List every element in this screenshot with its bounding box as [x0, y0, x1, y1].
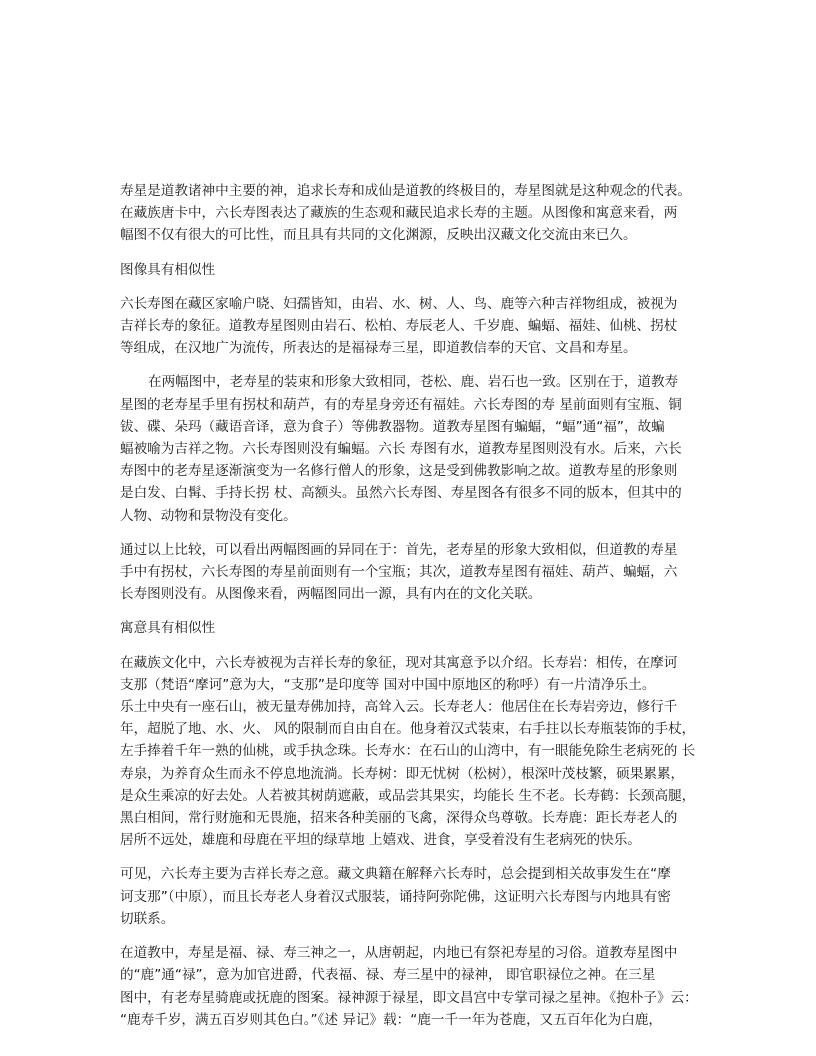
text-line: 切联系。 — [120, 908, 700, 930]
spacer — [120, 359, 700, 371]
spacer — [120, 851, 700, 863]
text-line: 图中，有老寿星骑鹿或抚鹿的图案。禄神源于禄星，即文昌宫中专掌司禄之星神。《抱朴子… — [120, 987, 700, 1009]
text-line: 年，超脱了地、水、火、 风的限制而自由自在。他身着汉式装束，右手拄以长寿瓶装饰的… — [120, 718, 700, 740]
text-line: 人物、动物和景物没有变化。 — [120, 505, 700, 527]
text-line: 手中有拐杖，六长寿图的寿星前面则有一个宝瓶；其次，道教寿星图有福娃、葫芦、蝙蝠，… — [120, 561, 700, 583]
text-line: 在道教中，寿星是福、禄、寿三神之一，从唐朝起，内地已有祭祀寿星的习俗。道教寿星图… — [120, 942, 700, 964]
text-line: 黑白相间，常行财施和无畏施，招来各种美丽的飞禽，深得众鸟尊敬。长寿鹿：距长寿老人… — [120, 807, 700, 829]
spacer — [120, 527, 700, 539]
text-line: 在两幅图中，老寿星的装束和形象大致相同，苍松、鹿、岩石也一致。区别在于，道教寿 — [120, 371, 700, 393]
paragraph-taoism: 在道教中，寿星是福、禄、寿三神之一，从唐朝起，内地已有祭祀寿星的习俗。道教寿星图… — [120, 942, 700, 1031]
text-line: 通过以上比较，可以看出两幅图画的异同在于：首先，老寿星的形象大致相似，但道教的寿… — [120, 539, 700, 561]
section-heading-meaning-similarity: 寓意具有相似性 — [120, 617, 700, 639]
text-line: 在藏族唐卡中，六长寿图表达了藏族的生态观和藏民追求长寿的主题。从图像和寓意来看，… — [120, 202, 700, 224]
paragraph-intro: 寿星是道教诸神中主要的神，追求长寿和成仙是道教的终极目的，寿星图就是这种观念的代… — [120, 180, 700, 247]
spacer — [120, 930, 700, 942]
text-line: “鹿寿千岁，满五百岁则其色白。”《述 异记》载：“鹿一千一年为苍鹿，又五百年化为… — [120, 1009, 700, 1031]
text-line: 长寿图则没有。从图像来看，两幅图同出一源，具有内在的文化关联。 — [120, 583, 700, 605]
spacer — [120, 281, 700, 293]
text-line: 蝠被喻为吉祥之物。六长寿图则没有蝙蝠。六长 寿图有水，道教寿星图则没有水。后来，… — [120, 438, 700, 460]
spacer — [120, 247, 700, 259]
text-line: 的“鹿”通“禄”，意为加官进爵，代表福、禄、寿三星中的禄神， 即官职禄位之神。在… — [120, 964, 700, 986]
text-line: 可见，六长寿主要为吉祥长寿之意。藏文典籍在解释六长寿时，总会提到相关故事发生在“… — [120, 863, 700, 885]
paragraph-comparison: 在两幅图中，老寿星的装束和形象大致相同，苍松、鹿、岩石也一致。区别在于，道教寿 … — [120, 371, 700, 526]
paragraph-composition: 六长寿图在藏区家喻户晓、妇孺皆知，由岩、水、树、人、鸟、鹿等六种吉祥物组成，被视… — [120, 293, 700, 360]
text-line: 在藏族文化中，六长寿被视为吉祥长寿的象征，现对其寓意予以介绍。长寿岩：相传，在摩… — [120, 652, 700, 674]
text-line: 乐土中央有一座石山，被无量寿佛加持，高耸入云。长寿老人：他居住在长寿岩旁边，修行… — [120, 696, 700, 718]
text-line: 钹、碟、朵玛（藏语音译，意为食子）等佛教器物。道教寿星图有蝙蝠，“蝠”通“福”，… — [120, 416, 700, 438]
text-line: 支那（梵语“摩诃”意为大，“支那”是印度等 国对中国中原地区的称呼）有一片清净乐… — [120, 674, 700, 696]
text-line: 六长寿图在藏区家喻户晓、妇孺皆知，由岩、水、树、人、鸟、鹿等六种吉祥物组成，被视… — [120, 293, 700, 315]
text-line: 星图的老寿星手里有拐杖和葫芦，有的寿星身旁还有福娃。六长寿图的寿 星前面则有宝瓶… — [120, 394, 700, 416]
text-line: 寿泉，为养育众生而永不停息地流淌。长寿树：即无忧树（松树），根深叶茂枝繁，硕果累… — [120, 763, 700, 785]
paragraph-conclusion: 可见，六长寿主要为吉祥长寿之意。藏文典籍在解释六长寿时，总会提到相关故事发生在“… — [120, 863, 700, 930]
text-line: 吉祥长寿的象征。道教寿星图则由岩石、松柏、寿辰老人、千岁鹿、蝙蝠、福娃、仙桃、拐… — [120, 315, 700, 337]
paragraph-six-longevity: 在藏族文化中，六长寿被视为吉祥长寿的象征，现对其寓意予以介绍。长寿岩：相传，在摩… — [120, 652, 700, 852]
text-line: 幅图不仅有很大的可比性，而且具有共同的文化渊源，反映出汉藏文化交流由来已久。 — [120, 224, 700, 246]
text-line: 寿图中的老寿星逐渐演变为一名修行僧人的形象，这是受到佛教影响之故。道教寿星的形象… — [120, 460, 700, 482]
text-line: 诃支那”（中原），而且长寿老人身着汉式服装，诵持阿弥陀佛，这证明六长寿图与内地具… — [120, 886, 700, 908]
document-page: 寿星是道教诸神中主要的神，追求长寿和成仙是道教的终极目的，寿星图就是这种观念的代… — [120, 180, 700, 1031]
text-line: 寿星是道教诸神中主要的神，追求长寿和成仙是道教的终极目的，寿星图就是这种观念的代… — [120, 180, 700, 202]
text-line: 居所不远处，雄鹿和母鹿在平坦的绿草地 上嬉戏、进食，享受着没有生老病死的快乐。 — [120, 829, 700, 851]
text-line: 等组成，在汉地广为流传，所表达的是福禄寿三星，即道教信奉的天官、文昌和寿星。 — [120, 337, 700, 359]
text-line: 左手捧着千年一熟的仙桃，或手执念珠。长寿水：在石山的山湾中，有一眼能免除生老病死… — [120, 740, 700, 762]
section-heading-image-similarity: 图像具有相似性 — [120, 259, 700, 281]
spacer — [120, 640, 700, 652]
paragraph-summary: 通过以上比较，可以看出两幅图画的异同在于：首先，老寿星的形象大致相似，但道教的寿… — [120, 539, 700, 606]
text-line: 是白发、白髯、手持长拐 杖、高额头。虽然六长寿图、寿星图各有很多不同的版本，但其… — [120, 482, 700, 504]
spacer — [120, 605, 700, 617]
text-line: 是众生乘凉的好去处。人若被其树荫遮蔽，或品尝其果实，均能长 生不老。长寿鹤：长颈… — [120, 785, 700, 807]
